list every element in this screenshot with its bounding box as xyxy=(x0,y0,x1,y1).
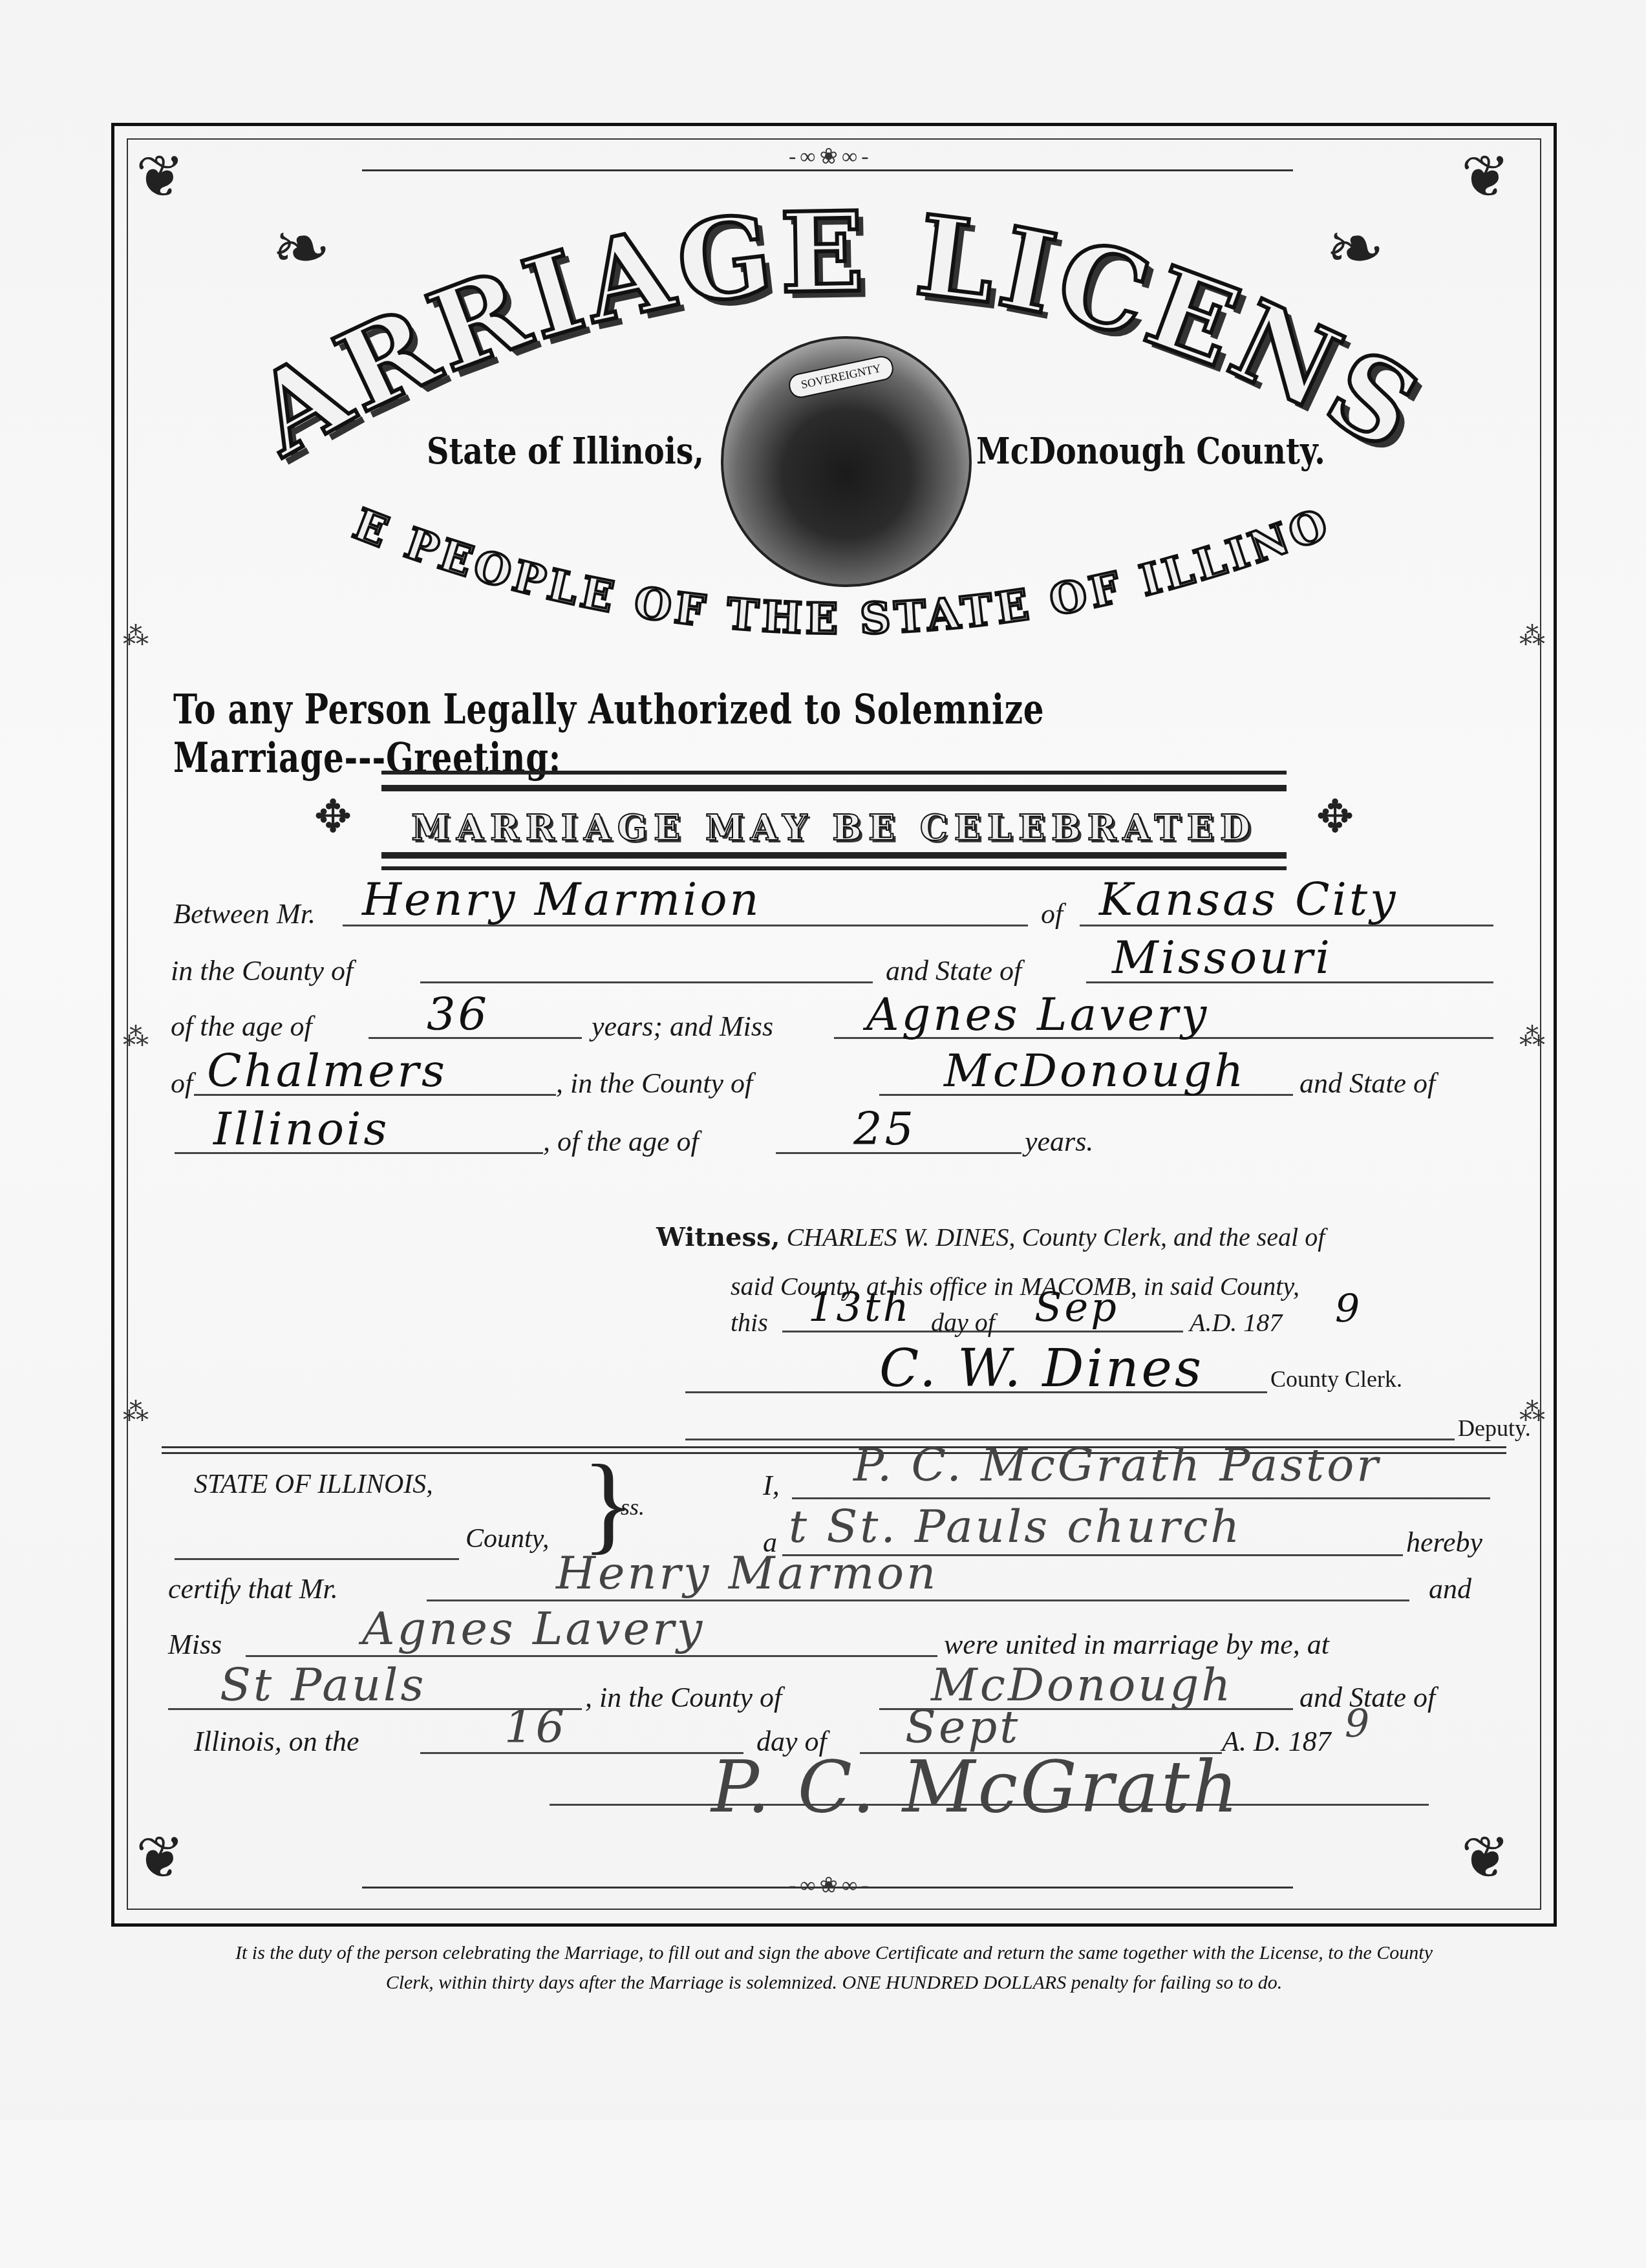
bride-county-label: , in the County of xyxy=(556,1067,753,1100)
bride-age-value: 25 xyxy=(853,1102,916,1155)
side-ornament-icon: ⁂ xyxy=(123,1022,149,1052)
groom-state-label: and State of xyxy=(886,954,1021,987)
this-label: this xyxy=(731,1307,768,1338)
groom-county-label: in the County of xyxy=(171,954,353,987)
groom-county-field[interactable] xyxy=(420,981,873,983)
seal-ribbon: SOVEREIGNTY xyxy=(787,354,895,400)
bride-city-value: Chalmers xyxy=(207,1044,447,1097)
footer-line-1: It is the duty of the person celebrating… xyxy=(103,1938,1565,1968)
cert-day-value: 16 xyxy=(504,1700,567,1753)
cert-in-county-label: , in the County of xyxy=(585,1681,782,1714)
witness-lead: Witness, xyxy=(656,1222,780,1252)
witness-line-1: Witness, CHARLES W. DINES, County Clerk,… xyxy=(656,1222,1325,1252)
bride-county-value: McDonough xyxy=(944,1044,1246,1097)
of-label: of xyxy=(1041,897,1063,930)
corner-ornament-bottom-left: ❦ xyxy=(136,1830,184,1888)
cert-groom-value: Henry Marmon xyxy=(556,1546,938,1599)
witness-month-value: Sep xyxy=(1034,1283,1119,1331)
clerk-title: County Clerk. xyxy=(1270,1365,1402,1393)
corner-ornament-top-right: ❦ xyxy=(1461,149,1510,207)
officiant-field[interactable] xyxy=(792,1497,1490,1499)
cert-year-digit: 9 xyxy=(1345,1702,1372,1747)
side-ornament-icon: ⁂ xyxy=(123,1396,149,1427)
footer-notice: It is the duty of the person celebrating… xyxy=(103,1938,1565,1998)
illinois-on-label: Illinois, on the xyxy=(194,1725,359,1758)
county-heading: McDonough County. xyxy=(976,430,1325,473)
footer-line-2: Clerk, within thirty days after the Marr… xyxy=(103,1968,1565,1998)
church-value: t St. Pauls church xyxy=(789,1500,1242,1553)
bride-age-label: , of the age of xyxy=(543,1125,699,1158)
cert-state-label: STATE OF ILLINOIS, xyxy=(194,1469,433,1500)
years-label: years. xyxy=(1025,1125,1093,1158)
groom-city-value: Kansas City xyxy=(1099,873,1398,926)
cert-bride-field[interactable] xyxy=(246,1655,937,1657)
cert-county-field[interactable] xyxy=(175,1558,459,1560)
witness-day-of-label: day of xyxy=(931,1307,995,1338)
svg-text:THE PEOPLE OF THE STATE OF ILL: THE PEOPLE OF THE STATE OF ILLINOIS, xyxy=(323,504,1338,644)
side-ornament-icon: ⁂ xyxy=(1519,621,1545,651)
corner-ornament-top-left: ❦ xyxy=(136,149,184,207)
cert-bride-value: Agnes Lavery xyxy=(362,1602,705,1655)
certify-label: certify that Mr. xyxy=(168,1572,338,1605)
celebration-banner: ✥ ✥ MARRIAGE MAY BE CELEBRATED xyxy=(284,756,1384,879)
side-ornament-icon: ⁂ xyxy=(1519,1022,1545,1052)
groom-state-value: Missouri xyxy=(1112,931,1332,984)
ss-label: ss. xyxy=(621,1493,645,1521)
side-ornament-icon: ⁂ xyxy=(123,621,149,651)
groom-age-value: 36 xyxy=(427,988,489,1041)
hereby-label: hereby xyxy=(1406,1526,1482,1559)
clerk-signature: C. W. Dines xyxy=(879,1338,1204,1398)
banner-label: MARRIAGE MAY BE CELEBRATED xyxy=(284,807,1384,848)
years-and-miss-label: years; and Miss xyxy=(592,1010,773,1043)
bottom-flourish-icon: -∞❀∞- xyxy=(789,1872,873,1898)
top-flourish-icon: -∞❀∞- xyxy=(789,144,873,169)
witness-year-digit: 9 xyxy=(1335,1287,1362,1332)
bride-name-value: Agnes Lavery xyxy=(866,988,1209,1041)
and-label: and xyxy=(1429,1572,1471,1605)
bride-state-value: Illinois xyxy=(213,1102,389,1155)
cert-county-label: County, xyxy=(465,1523,550,1554)
deputy-title: Deputy. xyxy=(1458,1415,1531,1442)
groom-name-value: Henry Marmion xyxy=(362,873,762,926)
people-heading: THE PEOPLE OF THE STATE OF ILLINOIS, xyxy=(323,504,1358,672)
state-heading: State of Illinois, xyxy=(427,430,704,473)
i-label: I, xyxy=(763,1469,780,1502)
witness-text: CHARLES W. DINES, County Clerk, and the … xyxy=(786,1223,1325,1252)
cert-day-field[interactable] xyxy=(420,1752,743,1754)
cert-place-value: St Pauls xyxy=(220,1658,426,1711)
witness-ad-label: A.D. 187 xyxy=(1190,1307,1282,1338)
between-label: Between Mr. xyxy=(173,897,315,930)
united-label: were united in marriage by me, at xyxy=(944,1628,1329,1661)
bride-of-label: of xyxy=(171,1067,193,1100)
officiant-signature: P. C. McGrath xyxy=(711,1746,1241,1828)
witness-day-value: 13th xyxy=(808,1283,912,1331)
cert-groom-field[interactable] xyxy=(427,1599,1409,1601)
corner-ornament-bottom-right: ❦ xyxy=(1461,1830,1510,1888)
officiant-value: P. C. McGrath Pastor xyxy=(853,1439,1381,1492)
cert-miss-label: Miss xyxy=(168,1628,222,1661)
top-rule xyxy=(362,169,1293,171)
groom-age-label: of the age of xyxy=(171,1010,312,1043)
bride-state-label: and State of xyxy=(1299,1067,1435,1100)
